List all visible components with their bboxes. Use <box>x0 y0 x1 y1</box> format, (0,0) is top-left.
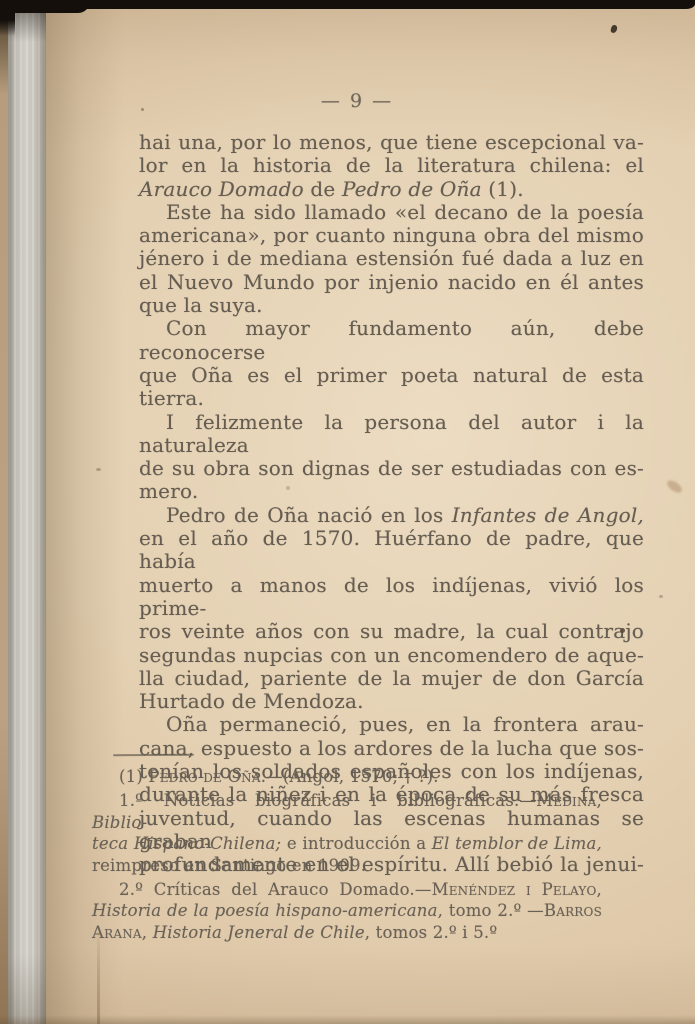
text-line: segundas nupcias con un encomendero de a… <box>139 644 644 667</box>
paper-speck <box>96 468 101 471</box>
paper-speck <box>141 108 144 111</box>
footnotes: (1) Pedro de Oña.—(Angol, 1570; † ?).1.º… <box>92 766 602 943</box>
top-dark-edge <box>0 0 695 9</box>
text-line: 1.º Noticias biográficas i bibliográfica… <box>92 790 602 833</box>
text-line: I felizmente la persona del autor i la n… <box>139 411 644 458</box>
paragraph: Pedro de Oña nació en los Infantes de An… <box>139 504 644 714</box>
text-line: cana, espuesto a los ardores de la lucha… <box>139 737 644 760</box>
text-line: Historia de la poesía hispano-americana,… <box>92 900 602 921</box>
page-fold-crease <box>97 925 100 1024</box>
text-line: jénero i de mediana estensión fué dada a… <box>139 247 644 270</box>
text-line: hai una, por lo menos, que tiene escepci… <box>139 131 644 154</box>
paragraph: 1.º Noticias biográficas i bibliográfica… <box>92 790 602 876</box>
text-line: 2.º Críticas del Arauco Domado.—Menéndez… <box>92 879 602 900</box>
text-line: Hurtado de Mendoza. <box>139 690 644 713</box>
body-text: hai una, por lo menos, que tiene escepci… <box>139 131 644 877</box>
page-number: — 9 — <box>321 90 393 112</box>
paragraph: Este ha sido llamado «el decano de la po… <box>139 201 644 317</box>
text-line: Este ha sido llamado «el decano de la po… <box>139 201 644 224</box>
page-edge-strip <box>0 0 8 1024</box>
text-line: Arauco Domado de Pedro de Oña (1). <box>139 178 644 201</box>
text-line: teca Hispano-Chilena; e introducción a E… <box>92 833 602 854</box>
text-line: Pedro de Oña nació en los Infantes de An… <box>139 504 644 527</box>
paper-speck <box>620 628 625 633</box>
book-spine <box>8 0 46 1024</box>
book-page-photo: — 9 — hai una, por lo menos, que tiene e… <box>0 0 695 1024</box>
text-line: (1) Pedro de Oña.—(Angol, 1570; † ?). <box>92 766 602 787</box>
paper-speck <box>659 595 663 598</box>
text-line: que Oña es el primer poeta natural de es… <box>139 364 644 411</box>
text-line: Oña permaneció, pues, en la frontera ara… <box>139 713 644 736</box>
text-line: en el año de 1570. Huérfano de padre, qu… <box>139 527 644 574</box>
text-line: que la suya. <box>139 294 644 317</box>
paper-speck <box>286 486 290 490</box>
top-left-dark-corner <box>0 0 15 36</box>
text-line: lor en la historia de la literatura chil… <box>139 154 644 177</box>
bottom-edge-shadow <box>0 1015 695 1024</box>
paragraph: (1) Pedro de Oña.—(Angol, 1570; † ?). <box>92 766 602 787</box>
text-line: muerto a manos de los indíjenas, vivió l… <box>139 574 644 621</box>
text-line: reimpreso en Santiago en 1909. <box>92 855 602 876</box>
text-line: Arana, Historia Jeneral de Chile, tomos … <box>92 922 602 943</box>
text-line: de su obra son dignas de ser estudiadas … <box>139 457 644 480</box>
text-line: ros veinte años con su madre, la cual co… <box>139 620 644 643</box>
text-line: Con mayor fundamento aún, debe reconocer… <box>139 317 644 364</box>
text-line: mero. <box>139 480 644 503</box>
text-line: el Nuevo Mundo por injenio nacido en él … <box>139 271 644 294</box>
text-line: lla ciudad, pariente de la mujer de don … <box>139 667 644 690</box>
text-line: americana», por cuanto ninguna obra del … <box>139 224 644 247</box>
paragraph: I felizmente la persona del autor i la n… <box>139 411 644 504</box>
paragraph: hai una, por lo menos, que tiene escepci… <box>139 131 644 201</box>
paragraph: 2.º Críticas del Arauco Domado.—Menéndez… <box>92 879 602 943</box>
paragraph: Con mayor fundamento aún, debe reconocer… <box>139 317 644 410</box>
